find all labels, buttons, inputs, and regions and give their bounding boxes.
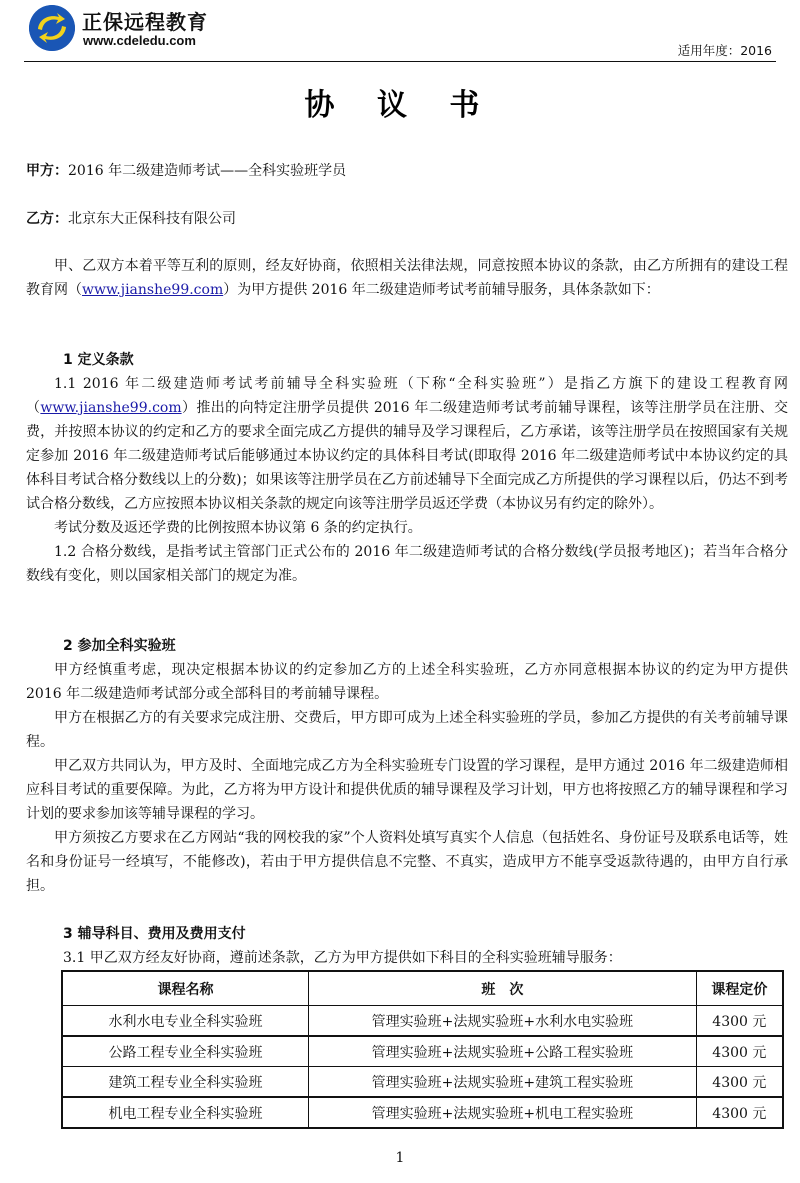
- jianshe99-link[interactable]: www.jianshe99.com: [82, 282, 223, 298]
- classes-cell: 管理实验班+法规实验班+水利水电实验班: [309, 1006, 697, 1037]
- course-name-cell: 建筑工程专业全科实验班: [62, 1067, 309, 1098]
- section-1: 1 定义条款 1.1 2016 年二级建造师考试考前辅导全科实验班（下称“全科实…: [26, 348, 788, 588]
- intro-text-cont: ）为甲方提供 2016 年二级建造师考试考前辅导服务，具体条款如下：: [223, 282, 660, 298]
- price-cell: 4300 元: [696, 1097, 783, 1128]
- section-2-paragraph: 甲乙双方共同认为，甲方及时、全面地完成乙方为全科实验班专门设置的学习课程，是甲方…: [26, 754, 788, 826]
- col-header-classes: 班 次: [309, 971, 697, 1006]
- party-a-value: 2016 年二级建造师考试——全科实验班学员: [68, 163, 346, 179]
- clause-1-1: 1.1 2016 年二级建造师考试考前辅导全科实验班（下称“全科实验班”）是指乙…: [26, 372, 788, 516]
- course-name-cell: 水利水电专业全科实验班: [62, 1006, 309, 1037]
- clause-1-2: 1.2 合格分数线，是指考试主管部门正式公布的 2016 年二级建造师考试的合格…: [26, 540, 788, 588]
- clause-3-1: 3.1 甲乙双方经友好协商，遵前述条款，乙方为甲方提供如下科目的全科实验班辅导服…: [26, 946, 788, 970]
- section-2: 2 参加全科实验班 甲方经慎重考虑，现决定根据本协议的约定参加乙方的上述全科实验…: [26, 634, 788, 898]
- section-2-paragraph: 甲方在根据乙方的有关要求完成注册、交费后，甲方即可成为上述全科实验班的学员，参加…: [26, 706, 788, 754]
- col-header-price: 课程定价: [696, 971, 783, 1006]
- table-row: 公路工程专业全科实验班 管理实验班+法规实验班+公路工程实验班 4300 元: [62, 1036, 783, 1067]
- classes-cell: 管理实验班+法规实验班+建筑工程实验班: [309, 1067, 697, 1098]
- party-b-value: 北京东大正保科技有限公司: [68, 211, 236, 227]
- party-b: 乙方：北京东大正保科技有限公司: [26, 208, 236, 228]
- party-a-label: 甲方：: [26, 163, 68, 179]
- section-2-paragraph: 甲方须按乙方要求在乙方网站“我的网校我的家”个人资料处填写真实个人信息（包括姓名…: [26, 826, 788, 898]
- price-cell: 4300 元: [696, 1067, 783, 1098]
- section-3-heading: 3 辅导科目、费用及费用支付: [26, 922, 788, 946]
- document-title: 协 议 书: [0, 80, 800, 124]
- page-header: 正保远程教育 www.cdeledu.com 适用年度：2016: [0, 0, 800, 62]
- classes-cell: 管理实验班+法规实验班+公路工程实验班: [309, 1036, 697, 1067]
- party-a: 甲方：2016 年二级建造师考试——全科实验班学员: [26, 160, 346, 180]
- brand-url[interactable]: www.cdeledu.com: [83, 33, 196, 48]
- table-row: 建筑工程专业全科实验班 管理实验班+法规实验班+建筑工程实验班 4300 元: [62, 1067, 783, 1098]
- section-2-heading: 2 参加全科实验班: [26, 634, 788, 658]
- applicable-year-label: 适用年度：2016: [678, 41, 772, 59]
- section-1-heading: 1 定义条款: [26, 348, 788, 372]
- course-table: 课程名称 班 次 课程定价 水利水电专业全科实验班 管理实验班+法规实验班+水利…: [61, 970, 784, 1129]
- clause-1-1-text-cont: ）推出的向特定注册学员提供 2016 年二级建造师考试考前辅导课程，该等注册学员…: [26, 400, 788, 512]
- jianshe99-link-2[interactable]: www.jianshe99.com: [40, 400, 181, 416]
- intro-paragraph: 甲、乙双方本着平等互利的原则，经友好协商，依照相关法律法规，同意按照本协议的条款…: [26, 254, 788, 302]
- table-header-row: 课程名称 班 次 课程定价: [62, 971, 783, 1006]
- table-row: 水利水电专业全科实验班 管理实验班+法规实验班+水利水电实验班 4300 元: [62, 1006, 783, 1037]
- price-cell: 4300 元: [696, 1006, 783, 1037]
- header-divider: [24, 61, 776, 62]
- party-b-label: 乙方：: [26, 211, 68, 227]
- course-name-cell: 机电工程专业全科实验班: [62, 1097, 309, 1128]
- swirl-logo-icon: [29, 5, 75, 51]
- table-row: 机电工程专业全科实验班 管理实验班+法规实验班+机电工程实验班 4300 元: [62, 1097, 783, 1128]
- price-cell: 4300 元: [696, 1036, 783, 1067]
- page-number: 1: [0, 1150, 800, 1166]
- clause-1-1-refund-ratio: 考试分数及返还学费的比例按照本协议第 6 条的约定执行。: [26, 516, 788, 540]
- brand-name: 正保远程教育: [82, 6, 208, 35]
- course-name-cell: 公路工程专业全科实验班: [62, 1036, 309, 1067]
- col-header-course-name: 课程名称: [62, 971, 309, 1006]
- section-3: 3 辅导科目、费用及费用支付 3.1 甲乙双方经友好协商，遵前述条款，乙方为甲方…: [26, 922, 788, 970]
- section-2-paragraph: 甲方经慎重考虑，现决定根据本协议的约定参加乙方的上述全科实验班，乙方亦同意根据本…: [26, 658, 788, 706]
- classes-cell: 管理实验班+法规实验班+机电工程实验班: [309, 1097, 697, 1128]
